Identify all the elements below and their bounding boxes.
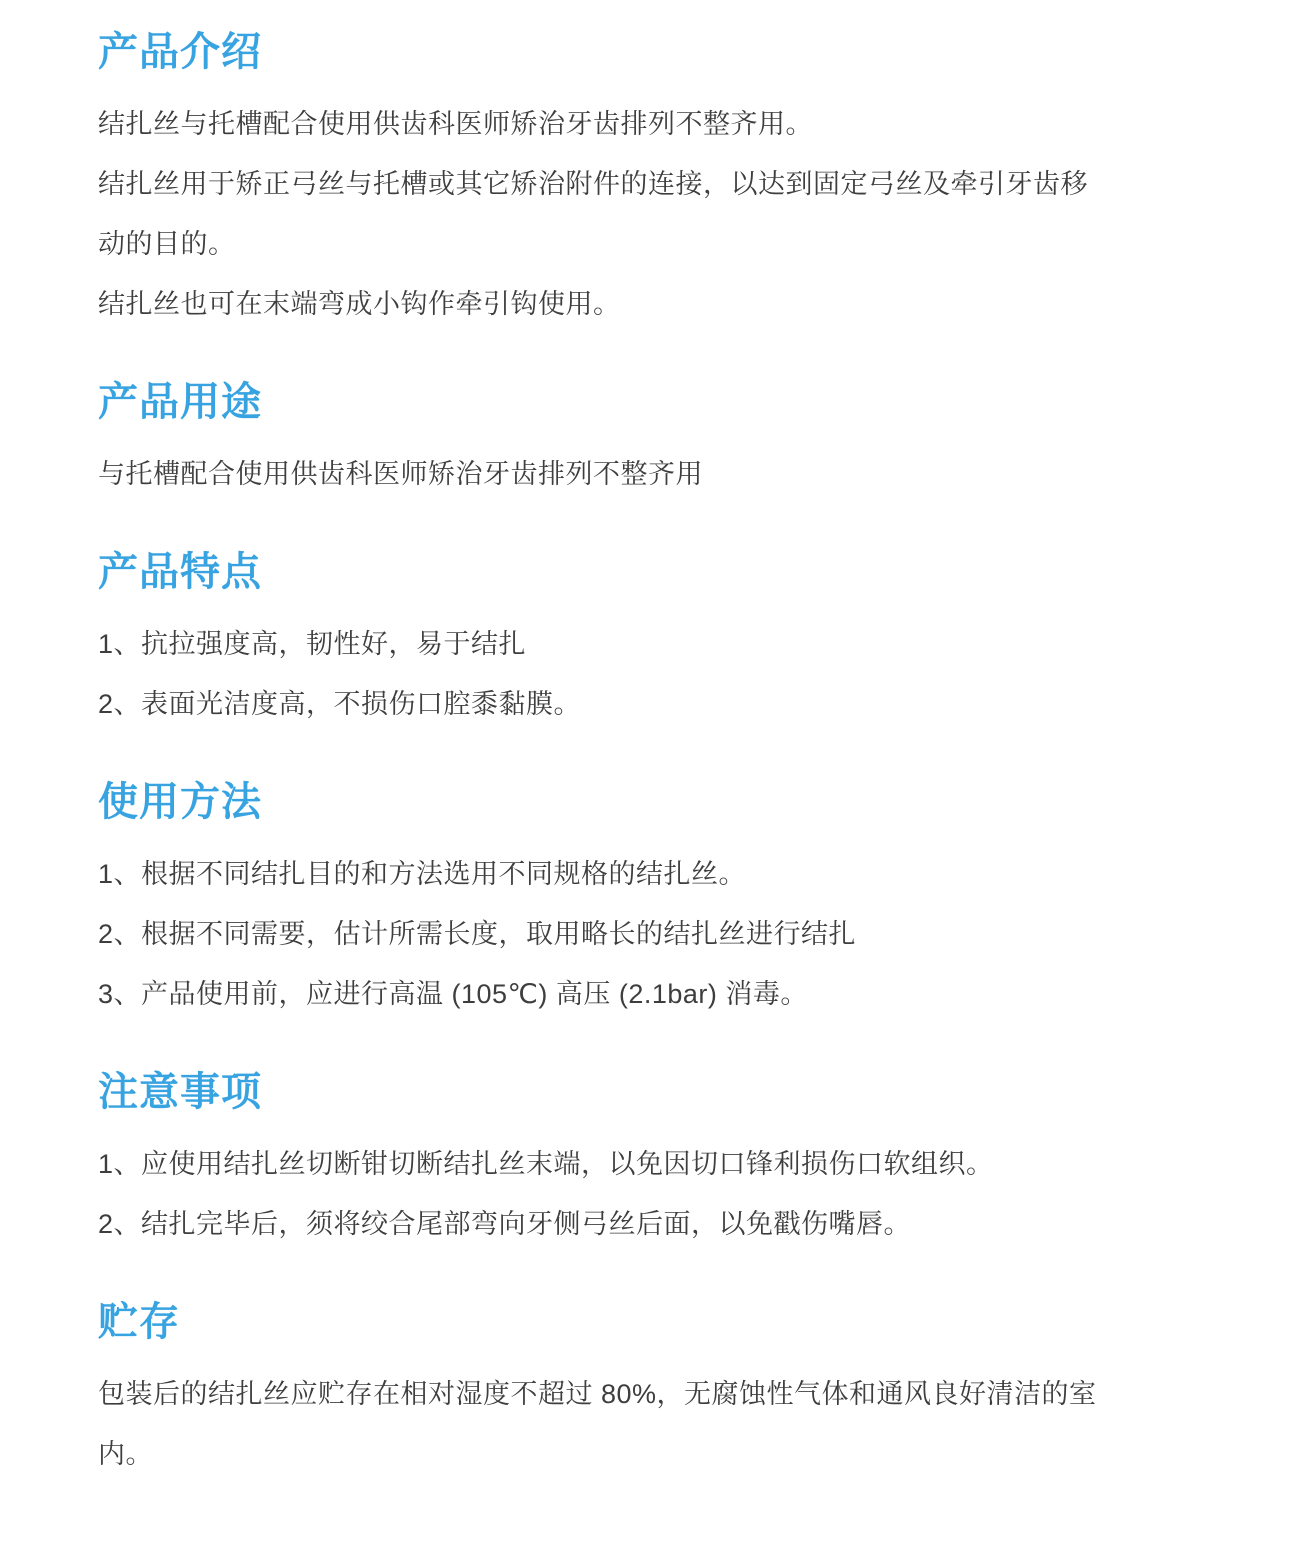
section-usage-method: 使用方法 1、根据不同结扎目的和方法选用不同规格的结扎丝。 2、根据不同需要，估… — [98, 780, 1200, 1024]
list-item: 1、根据不同结扎目的和方法选用不同规格的结扎丝。 — [98, 844, 1200, 904]
list-item: 3、产品使用前，应进行高温 (105℃) 高压 (2.1bar) 消毒。 — [98, 964, 1200, 1024]
paragraph-line: 结扎丝用于矫正弓丝与托槽或其它矫治附件的连接，以达到固定弓丝及牵引牙齿移 — [98, 154, 1200, 214]
section-title-storage: 贮存 — [98, 1300, 1200, 1344]
paragraph-line: 内。 — [98, 1424, 1200, 1484]
section-product-features: 产品特点 1、抗拉强度高，韧性好，易于结扎 2、表面光洁度高，不损伤口腔黍黏膜。 — [98, 550, 1200, 734]
section-title-usage-method: 使用方法 — [98, 780, 1200, 824]
list-item: 1、应使用结扎丝切断钳切断结扎丝末端，以免因切口锋利损伤口软组织。 — [98, 1134, 1200, 1194]
section-title-product-introduction: 产品介绍 — [98, 30, 1200, 74]
paragraph-line: 包装后的结扎丝应贮存在相对湿度不超过 80%，无腐蚀性气体和通风良好清洁的室 — [98, 1364, 1200, 1424]
paragraph-line: 动的目的。 — [98, 214, 1200, 274]
section-product-usage: 产品用途 与托槽配合使用供齿科医师矫治牙齿排列不整齐用 — [98, 380, 1200, 504]
section-title-product-usage: 产品用途 — [98, 380, 1200, 424]
list-item: 2、结扎完毕后，须将绞合尾部弯向牙侧弓丝后面，以免戳伤嘴唇。 — [98, 1194, 1200, 1254]
list-item: 2、根据不同需要，估计所需长度，取用略长的结扎丝进行结扎 — [98, 904, 1200, 964]
list-item: 2、表面光洁度高，不损伤口腔黍黏膜。 — [98, 674, 1200, 734]
section-title-precautions: 注意事项 — [98, 1070, 1200, 1114]
section-precautions: 注意事项 1、应使用结扎丝切断钳切断结扎丝末端，以免因切口锋利损伤口软组织。 2… — [98, 1070, 1200, 1254]
list-item: 1、抗拉强度高，韧性好，易于结扎 — [98, 614, 1200, 674]
paragraph-line: 结扎丝也可在末端弯成小钩作牵引钩使用。 — [98, 274, 1200, 334]
section-product-introduction: 产品介绍 结扎丝与托槽配合使用供齿科医师矫治牙齿排列不整齐用。 结扎丝用于矫正弓… — [98, 30, 1200, 334]
product-description-page: { "page": { "background_color": "#ffffff… — [0, 0, 1300, 1550]
paragraph-line: 结扎丝与托槽配合使用供齿科医师矫治牙齿排列不整齐用。 — [98, 94, 1200, 154]
paragraph-line: 与托槽配合使用供齿科医师矫治牙齿排列不整齐用 — [98, 444, 1200, 504]
section-title-product-features: 产品特点 — [98, 550, 1200, 594]
section-storage: 贮存 包装后的结扎丝应贮存在相对湿度不超过 80%，无腐蚀性气体和通风良好清洁的… — [98, 1300, 1200, 1484]
